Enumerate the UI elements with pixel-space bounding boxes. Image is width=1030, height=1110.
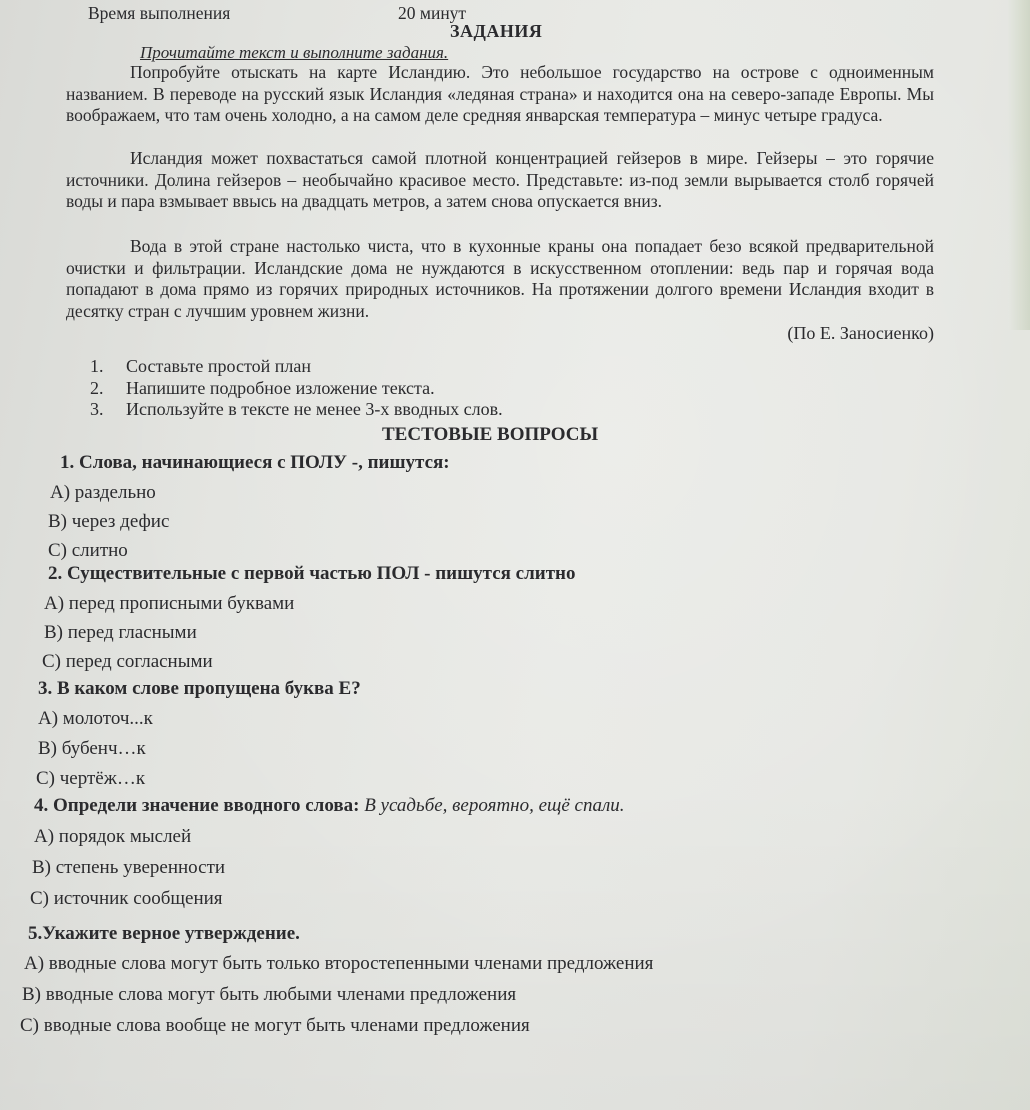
- task-item: 1.Составьте простой план: [90, 356, 503, 378]
- question-2-option-a: А) перед прописными буквами: [44, 593, 294, 615]
- paragraph-3-text: Вода в этой стране настолько чиста, что …: [66, 236, 934, 321]
- task-list: 1.Составьте простой план 2.Напишите подр…: [90, 356, 503, 421]
- time-value: 20 минут: [398, 3, 466, 23]
- task-number: 2.: [90, 378, 126, 400]
- paragraph-3: Вода в этой стране настолько чиста, что …: [66, 236, 934, 322]
- question-3-option-b: В) бубенч…к: [38, 738, 146, 760]
- task-item: 3.Используйте в тексте не менее 3-х ввод…: [90, 399, 503, 421]
- question-2-option-c: С) перед согласными: [42, 651, 213, 673]
- paragraph-2: Исландия может похвастаться самой плотно…: [66, 148, 934, 213]
- question-3-option-a: А) молоточ...к: [38, 708, 153, 730]
- test-title: ТЕСТОВЫЕ ВОПРОСЫ: [382, 425, 598, 445]
- instruction: Прочитайте текст и выполните задания.: [140, 43, 448, 63]
- time-label: Время выполнения: [88, 3, 230, 23]
- task-text: Напишите подробное изложение текста.: [126, 378, 435, 398]
- task-number: 3.: [90, 399, 126, 421]
- question-4-example: В усадьбе, вероятно, ещё спали.: [364, 795, 624, 816]
- question-5-option-a: А) вводные слова могут быть только второ…: [24, 953, 653, 975]
- task-number: 1.: [90, 356, 126, 378]
- question-5-option-b: В) вводные слова могут быть любыми члена…: [22, 984, 516, 1006]
- question-2-title: 2. Существительные с первой частью ПОЛ -…: [48, 563, 576, 585]
- question-1-option-c: С) слитно: [48, 540, 128, 562]
- paragraph-1-text: Попробуйте отыскать на карте Исландию. Э…: [66, 62, 934, 125]
- author-credit: (По Е. Заносиенко): [787, 323, 934, 343]
- question-1-option-a: А) раздельно: [50, 482, 156, 504]
- question-4-title: 4. Определи значение вводного слова: В у…: [34, 795, 625, 817]
- question-1-option-b: В) через дефис: [48, 511, 169, 533]
- question-4-option-a: А) порядок мыслей: [34, 826, 191, 848]
- task-text: Используйте в тексте не менее 3-х вводны…: [126, 399, 503, 419]
- question-4-option-c: С) источник сообщения: [30, 888, 223, 910]
- task-text: Составьте простой план: [126, 356, 311, 376]
- tasks-title: ЗАДАНИЯ: [450, 21, 542, 41]
- task-item: 2.Напишите подробное изложение текста.: [90, 378, 503, 400]
- paragraph-1: Попробуйте отыскать на карте Исландию. Э…: [66, 62, 934, 127]
- question-5-title: 5.Укажите верное утверждение.: [28, 923, 300, 945]
- question-3-title: 3. В каком слове пропущена буква Е?: [38, 678, 361, 700]
- page-edge-shadow: [1008, 0, 1030, 330]
- question-5-option-c: С) вводные слова вообще не могут быть чл…: [20, 1015, 530, 1037]
- paragraph-2-text: Исландия может похвастаться самой плотно…: [66, 148, 934, 211]
- question-4-option-b: В) степень уверенности: [32, 857, 225, 879]
- question-2-option-b: В) перед гласными: [44, 622, 197, 644]
- question-1-title: 1. Слова, начинающиеся с ПОЛУ -, пишутся…: [60, 452, 450, 474]
- question-3-option-c: С) чертёж…к: [36, 768, 145, 790]
- question-4-title-text: 4. Определи значение вводного слова:: [34, 795, 359, 816]
